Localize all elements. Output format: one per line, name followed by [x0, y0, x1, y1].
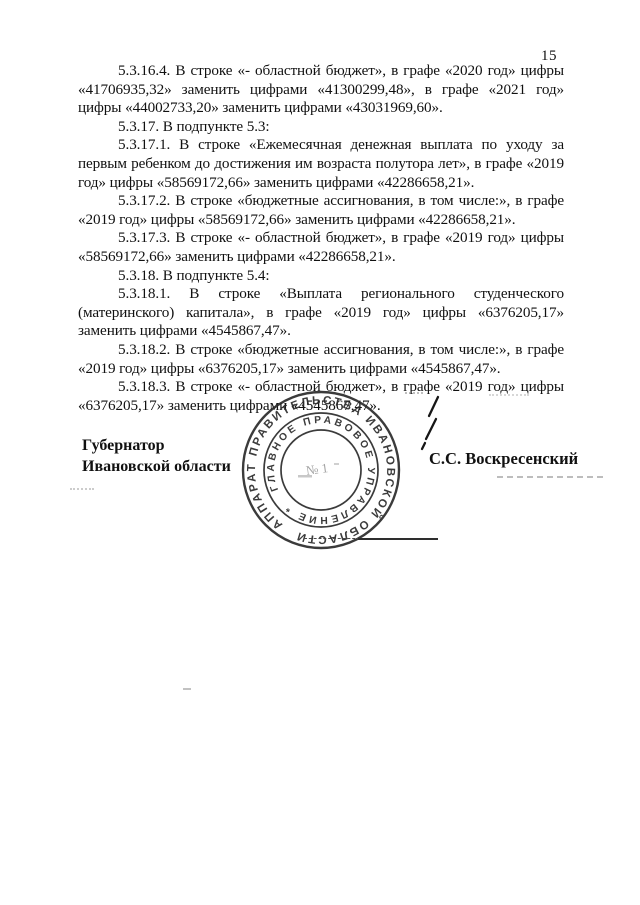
rule-under-stamp-solid [358, 538, 438, 540]
signatory-title: Губернатор Ивановской области [82, 435, 231, 477]
paragraph-5-3-17: 5.3.17. В подпункте 5.3: [78, 118, 564, 137]
paragraph-5-3-16-4: 5.3.16.4. В строке «- областной бюджет»,… [78, 62, 564, 118]
paragraph-5-3-18-2: 5.3.18.2. В строке «бюджетные ассигнован… [78, 341, 564, 378]
signatory-title-line2: Ивановской области [82, 456, 231, 477]
faint-rule-under-name [497, 476, 603, 478]
signature-stroke-3 [422, 443, 425, 449]
scan-noise-mark [405, 392, 423, 394]
scan-noise-mark [489, 394, 529, 396]
document-page: 15 5.3.16.4. В строке «- областной бюдже… [0, 0, 640, 905]
signature-ink [405, 388, 465, 458]
paragraph-5-3-17-3: 5.3.17.3. В строке «- областной бюджет»,… [78, 229, 564, 266]
official-stamp: АППАРАТ ПРАВИТЕЛЬСТВА ИВАНОВСКОЙ ОБЛАСТИ… [236, 385, 406, 555]
document-body: 5.3.16.4. В строке «- областной бюджет»,… [78, 62, 564, 415]
paragraph-5-3-17-1: 5.3.17.1. В строке «Ежемесячная денежная… [78, 136, 564, 192]
signature-stroke-2 [426, 419, 436, 439]
signature-stroke-1 [429, 397, 438, 416]
signatory-title-line1: Губернатор [82, 435, 231, 456]
paragraph-5-3-18: 5.3.18. В подпункте 5.4: [78, 267, 564, 286]
paragraph-5-3-18-1: 5.3.18.1. В строке «Выплата региональног… [78, 285, 564, 341]
stamp-center-smudge [298, 475, 312, 478]
scan-noise-mark [70, 488, 94, 490]
rule-under-stamp-dashed [304, 538, 360, 539]
paragraph-5-3-17-2: 5.3.17.2. В строке «бюджетные ассигнован… [78, 192, 564, 229]
stamp-center-smudge-2 [334, 463, 339, 465]
scan-noise-mark [183, 688, 191, 690]
